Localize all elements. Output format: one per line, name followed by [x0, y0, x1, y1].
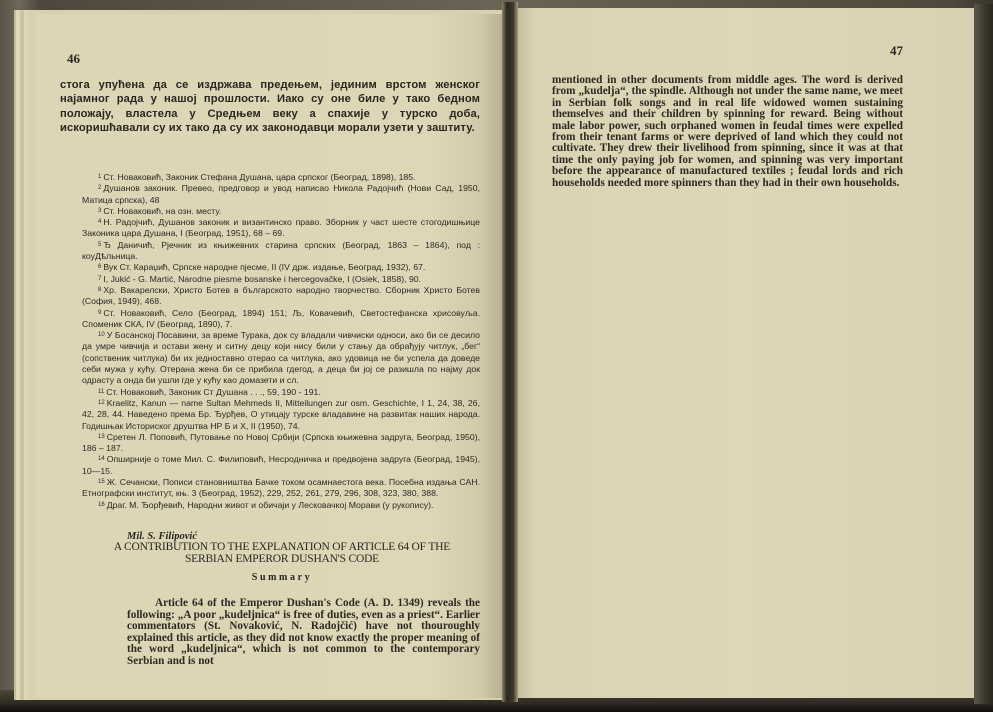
left-page-number: 46 — [67, 51, 80, 67]
footnote: 14Опширније о томе Мил. С. Филиповић, Не… — [82, 454, 480, 477]
summary-paragraph: Article 64 of the Emperor Dushan's Code … — [127, 598, 480, 668]
summary-title-line-1: A CONTRIBUTION TO THE EXPLANATION OF ART… — [82, 542, 482, 554]
footnote: 4Н. Радојчић, Душанов законик и византин… — [82, 217, 480, 240]
footnote: 13Сретен Л. Поповић, Путовање по Новој С… — [82, 432, 480, 455]
left-body-paragraph: стога упућена да се издржава предењем, ј… — [60, 78, 480, 136]
summary-heading: Summary — [82, 572, 482, 583]
book-gutter — [502, 2, 518, 702]
right-body-text: mentioned in other documents from middle… — [552, 75, 903, 189]
footnote: 16Драг. М. Ђорђевић, Народни живот и оби… — [82, 500, 480, 511]
right-page-stack-edge — [974, 4, 993, 704]
footnote: 2Душанов законик. Превео, предговор и ув… — [82, 183, 480, 206]
summary-title: A CONTRIBUTION TO THE EXPLANATION OF ART… — [82, 542, 482, 565]
footnote: 9Ст. Новаковић, Село (Београд, 1894) 151… — [82, 308, 480, 331]
footnote: 8Хр. Вакарелски, Христо Ботев в българск… — [82, 285, 480, 308]
right-body-paragraph: mentioned in other documents from middle… — [552, 75, 903, 189]
footnote: 11Ст. Новаковић, Законик Ст Душана . . .… — [82, 387, 480, 398]
footnote: 12Kraelitz, Kanun — name Sultan Mehmeds … — [82, 398, 480, 432]
footnote: 6Вук Ст. Караџић, Српске народне пјесме,… — [82, 262, 480, 273]
footnote: 7I, Jukić - G. Martić, Narodne piesme bo… — [82, 274, 480, 285]
footnotes: 1Ст. Новаковић, Законик Стефана Душана, … — [82, 172, 480, 511]
footnote: 1Ст. Новаковић, Законик Стефана Душана, … — [82, 172, 480, 183]
left-body-text: стога упућена да се издржава предењем, ј… — [60, 78, 480, 136]
footnote: 3Ст. Новаковић, на озн. месту. — [82, 206, 480, 217]
footnote: 10У Босанској Посавини, за време Турака,… — [82, 330, 480, 386]
footnote: 5Ђ Даничић, Рјечник из књижевних старина… — [82, 240, 480, 263]
footnote: 15Ж. Сечански, Пописи становништва Бачке… — [82, 477, 480, 500]
summary-title-line-2: SERBIAN EMPEROR DUSHAN'S CODE — [82, 554, 482, 566]
summary-text: Article 64 of the Emperor Dushan's Code … — [127, 598, 480, 668]
right-page-number: 47 — [890, 43, 903, 59]
